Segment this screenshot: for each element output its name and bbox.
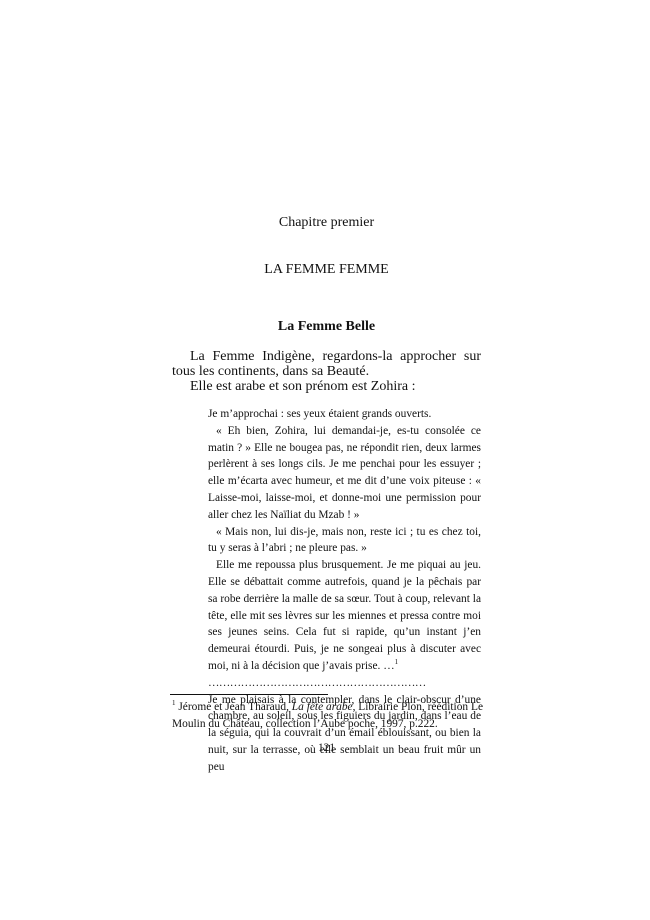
page-number: 121 bbox=[172, 742, 481, 754]
quote-paragraph-text: Elle me repoussa plus brusquement. Je me… bbox=[208, 559, 481, 672]
quote-paragraph: Elle me repoussa plus brusquement. Je me… bbox=[208, 557, 481, 675]
part-title: LA FEMME FEMME bbox=[172, 262, 481, 278]
quote-paragraph: « Mais non, lui dis-je, mais non, reste … bbox=[208, 524, 481, 558]
body-paragraph: Elle est arabe et son prénom est Zohira … bbox=[172, 379, 481, 394]
document-page: Chapitre premier LA FEMME FEMME La Femme… bbox=[0, 0, 650, 920]
section-title: La Femme Belle bbox=[172, 319, 481, 335]
body-text: La Femme Indigène, regardons-la approche… bbox=[172, 349, 481, 394]
quote-paragraph: « Eh bien, Zohira, lui demandai-je, es-t… bbox=[208, 423, 481, 524]
footnote-separator bbox=[170, 694, 328, 695]
chapter-label: Chapitre premier bbox=[172, 215, 481, 231]
footnote-book-title: La fête arabe bbox=[292, 701, 353, 713]
footnote: 1 Jérome et Jean Tharaud, La fête arabe,… bbox=[172, 699, 483, 733]
footnote-authors: Jérome et Jean Tharaud, bbox=[176, 701, 292, 713]
quote-paragraph: Je m’approchai : ses yeux étaient grands… bbox=[208, 406, 481, 423]
footnote-reference[interactable]: 1 bbox=[395, 658, 399, 666]
footnote-text: 1 Jérome et Jean Tharaud, La fête arabe,… bbox=[172, 699, 483, 733]
body-paragraph: La Femme Indigène, regardons-la approche… bbox=[172, 349, 481, 379]
ellipsis-line: …………………………………………………… bbox=[208, 675, 481, 692]
